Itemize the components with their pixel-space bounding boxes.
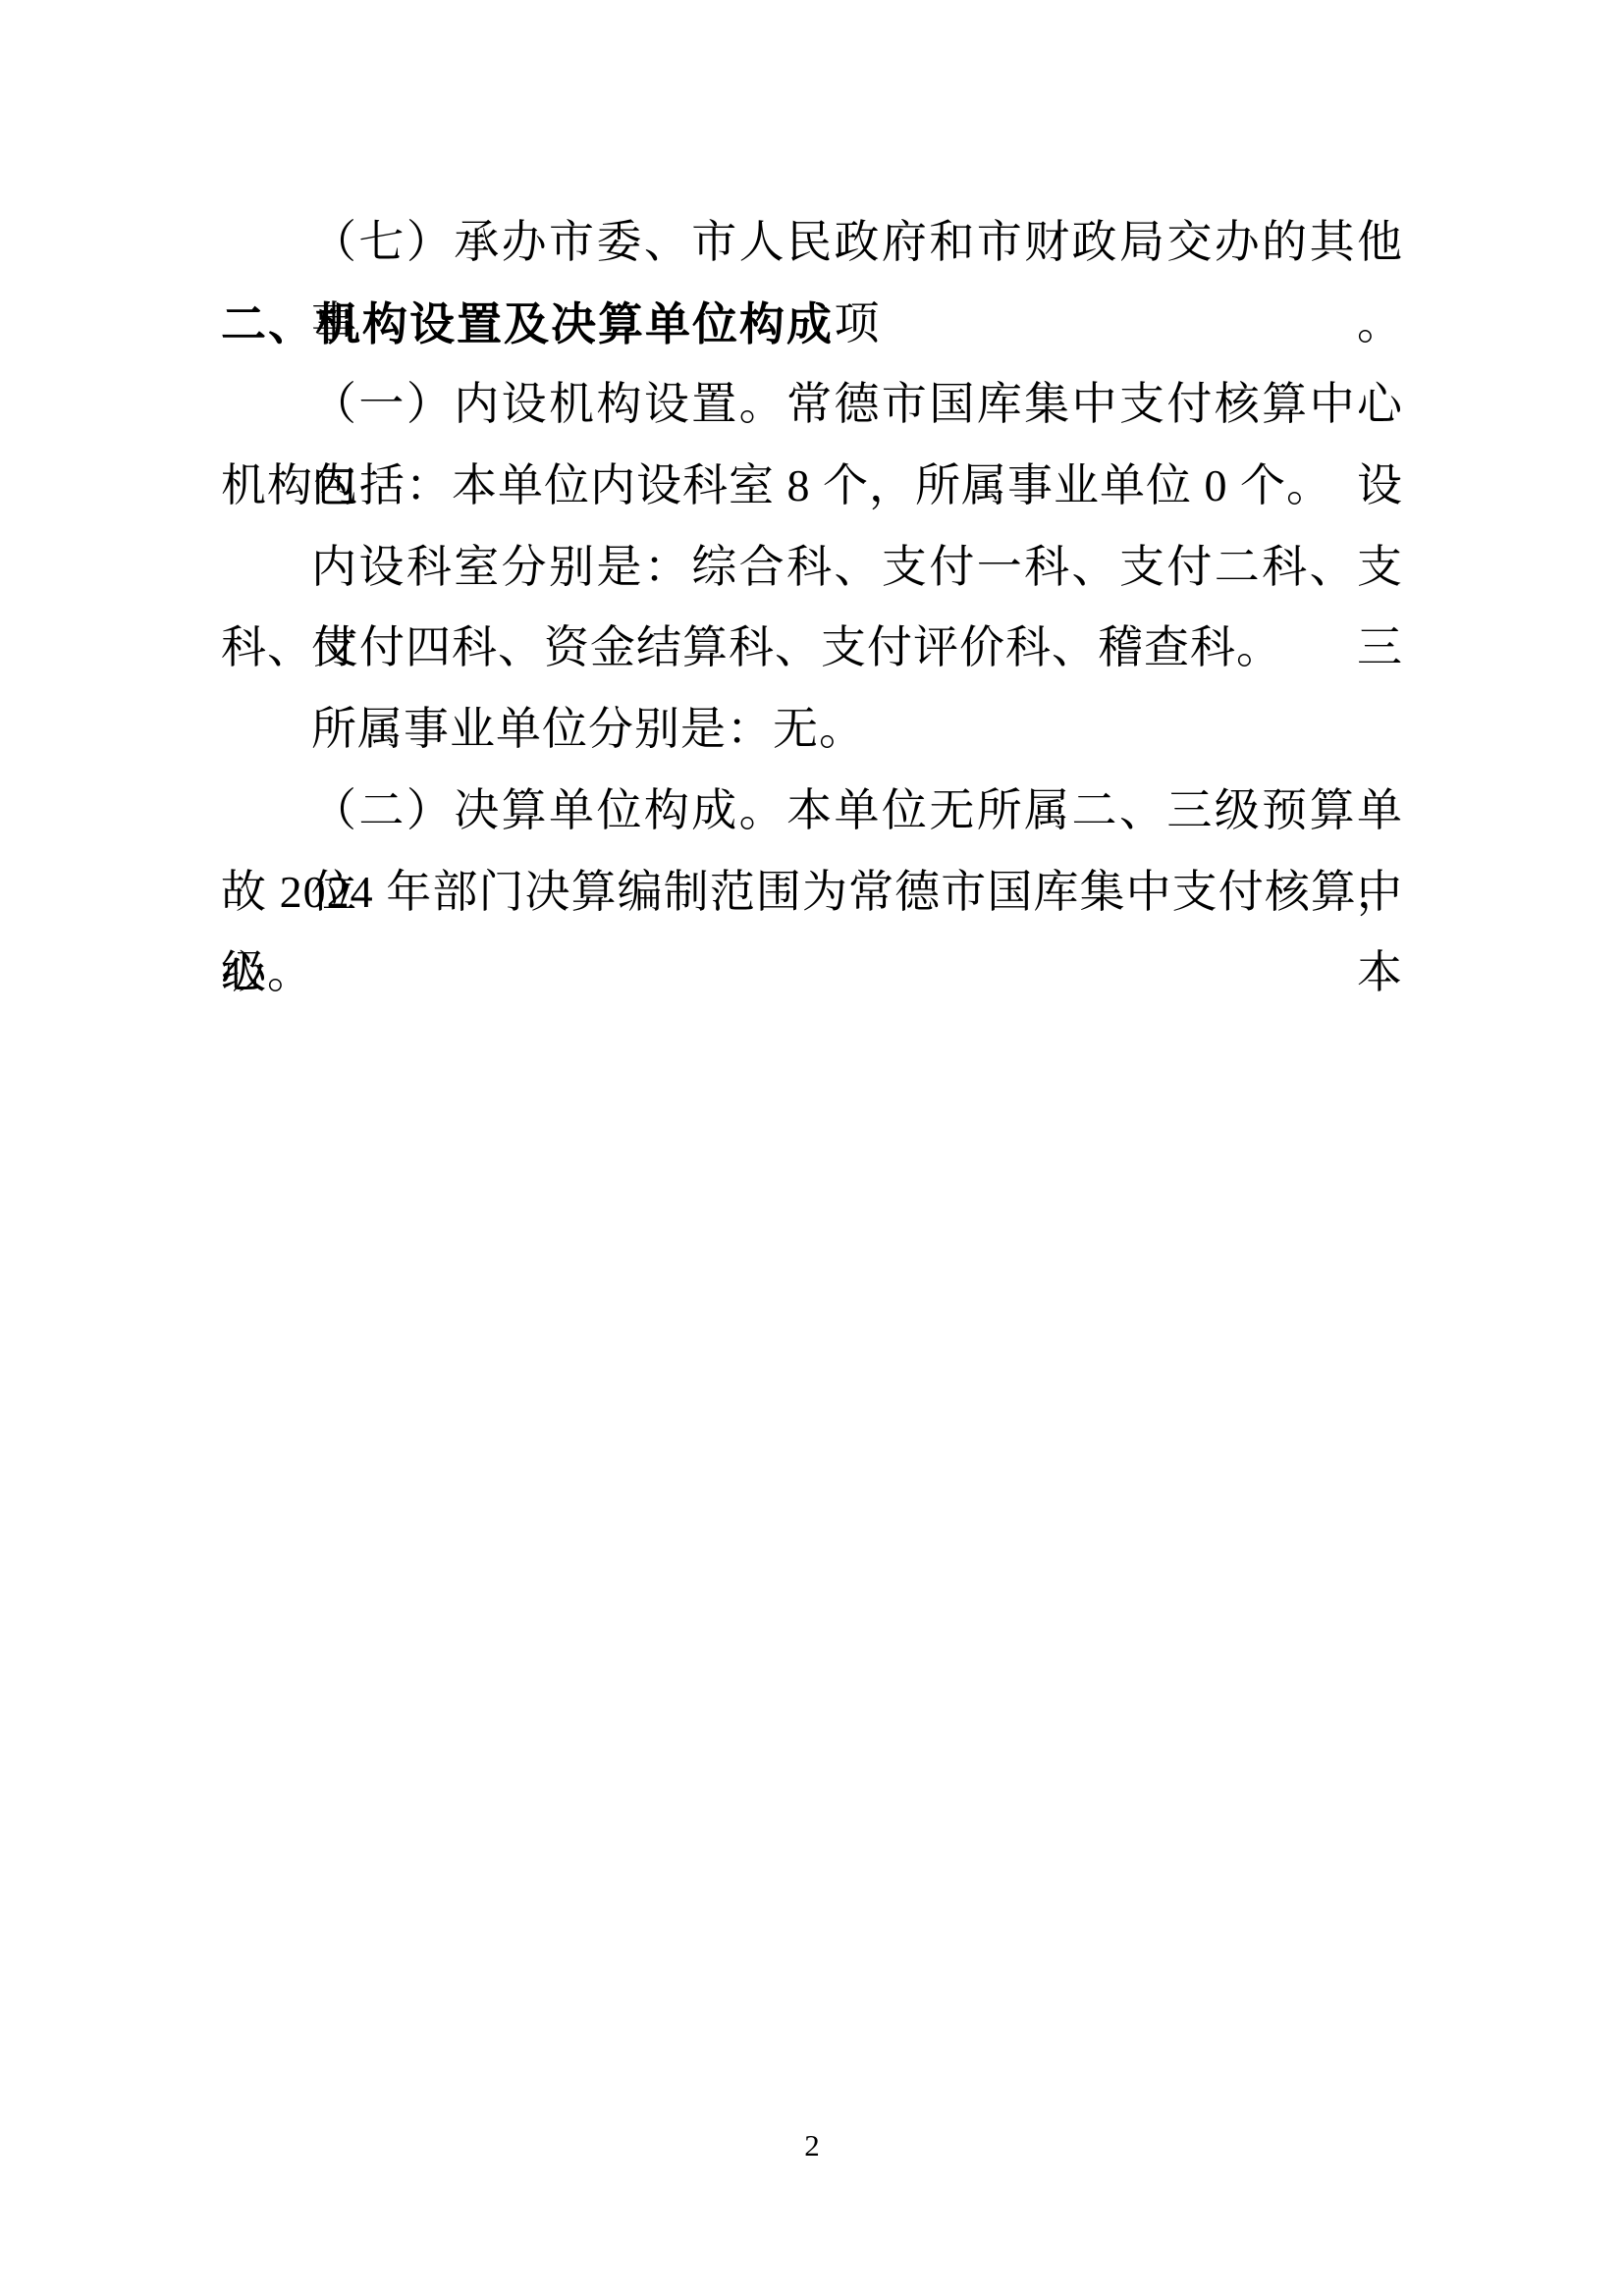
body-line-departments-2: 科、支付四科、资金结算科、支付评价科、稽查科。	[221, 608, 1403, 689]
body-line-internal-org-2: 机构包括：本单位内设科室 8 个，所属事业单位 0 个。	[221, 446, 1403, 527]
body-line-departments-1: 内设科室分别是：综合科、支付一科、支付二科、支付三	[221, 527, 1403, 609]
body-line-subordinate-units: 所属事业单位分别是：无。	[221, 689, 1403, 771]
body-line-accounts-composition-1: （二）决算单位构成。本单位无所属二、三级预算单位，	[221, 771, 1403, 852]
body-line-item-seven: （七）承办市委、市人民政府和市财政局交办的其他事项。	[221, 202, 1403, 284]
body-line-internal-org-1: （一）内设机构设置。常德市国库集中支付核算中心内设	[221, 364, 1403, 446]
document-page: （七）承办市委、市人民政府和市财政局交办的其他事项。 二、机构设置及决算单位构成…	[0, 0, 1624, 2296]
page-number: 2	[0, 2126, 1624, 2165]
document-body: （七）承办市委、市人民政府和市财政局交办的其他事项。 二、机构设置及决算单位构成…	[221, 202, 1403, 1014]
body-line-accounts-composition-2: 故 2024 年部门决算编制范围为常德市国库集中支付核算中心本	[221, 852, 1403, 934]
